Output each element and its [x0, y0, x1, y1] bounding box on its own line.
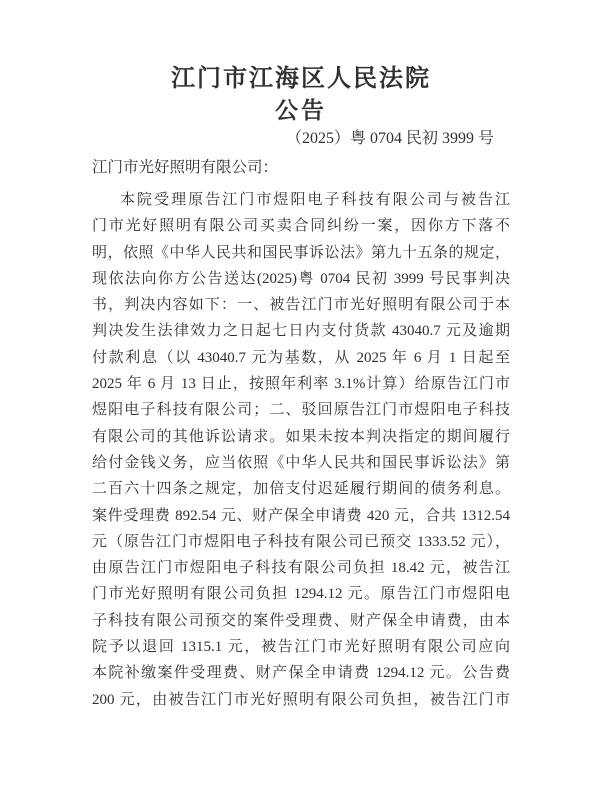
body-line: 元（原告江门市煜阳电子科技有限公司已预交 1333.52 元）， [92, 529, 510, 555]
body-line: 二百六十四条之规定，加倍支付迟延履行期间的债务利息。 [92, 476, 510, 502]
body-line: 明，依照《中华人民共和国民事诉讼法》第九十五条的规定， [92, 240, 510, 266]
body-line: 给付金钱义务，应当依照《中华人民共和国民事诉讼法》第 [92, 450, 510, 476]
body-line: 有限公司的其他诉讼请求。如果未按本判决指定的期间履行 [92, 424, 510, 450]
body-line: 本院受理原告江门市煜阳电子科技有限公司与被告江 [92, 187, 510, 213]
body-line: 判决发生法律效力之日起七日内支付货款 43040.7 元及逾期 [92, 318, 510, 344]
body-line: 付款利息（以 43040.7 元为基数，从 2025 年 6 月 1 日起至 [92, 345, 510, 371]
body-line: 现依法向你方公告送达(2025)粤 0704 民初 3999 号民事判决 [92, 266, 510, 292]
body-line: 门市光好照明有限公司负担 1294.12 元。原告江门市煜阳电 [92, 581, 510, 607]
body-line: 2025 年 6 月 13 日止，按照年利率 3.1%计算）给原告江门市 [92, 371, 510, 397]
body-line: 书，判决内容如下：一、被告江门市光好照明有限公司于本 [92, 292, 510, 318]
body-line: 由原告江门市煜阳电子科技有限公司负担 18.42 元，被告江 [92, 555, 510, 581]
body-line: 子科技有限公司预交的案件受理费、财产保全申请费，由本 [92, 608, 510, 634]
body-line: 门市光好照明有限公司买卖合同纠纷一案，因你方下落不 [92, 213, 510, 239]
court-announcement-page: 江门市江海区人民法院 公告 （2025）粤 0704 民初 3999 号 江门市… [0, 0, 600, 800]
body-line: 煜阳电子科技有限公司；二、驳回原告江门市煜阳电子科技 [92, 397, 510, 423]
body-line: 本院补缴案件受理费、财产保全申请费 1294.12 元。公告费 [92, 660, 510, 686]
case-number: （2025）粤 0704 民初 3999 号 [92, 129, 494, 149]
announcement-body: 本院受理原告江门市煜阳电子科技有限公司与被告江门市光好照明有限公司买卖合同纠纷一… [92, 187, 510, 713]
addressee-line: 江门市光好照明有限公司： [92, 158, 510, 178]
body-line: 案件受理费 892.54 元、财产保全申请费 420 元，合共 1312.54 [92, 503, 510, 529]
body-line: 200 元，由被告江门市光好照明有限公司负担，被告江门市 [92, 687, 510, 713]
court-name: 江门市江海区人民法院 [92, 58, 510, 93]
announcement-title: 公告 [92, 92, 510, 125]
body-line: 院予以退回 1315.1 元，被告江门市光好照明有限公司应向 [92, 634, 510, 660]
